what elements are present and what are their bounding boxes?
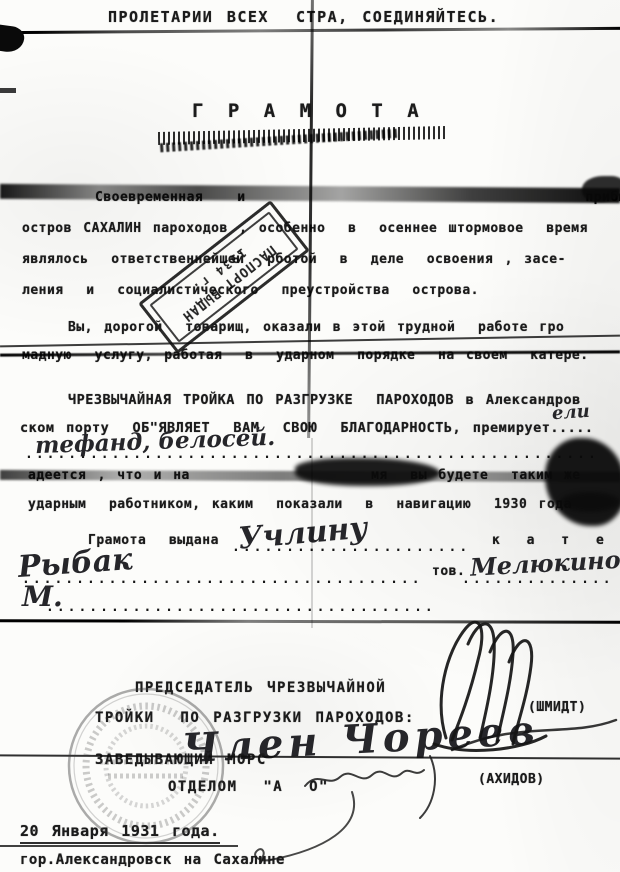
signature-name-akhidov: (АХИДОВ) (478, 772, 545, 788)
signature-title-1: ПРЕДСЕДАТЕЛЬ ЧРЕЗВЫЧАЙНОЙ (135, 680, 386, 697)
signature-title-3: ЗАВЕДЫВАЮЩИЙ МОРС (95, 752, 267, 769)
handwriting-premium-tail: ели (551, 401, 590, 425)
body-line-1: Своевременная и прибыва (95, 190, 620, 206)
dotted-leader-4: .............. (462, 572, 614, 587)
body-line-6: мадную услугу, работая в ударном порядке… (22, 348, 589, 364)
fold-crease-underline (0, 335, 620, 348)
fold-crease-top (0, 27, 620, 34)
dotted-leader-5: .................................... (46, 600, 436, 615)
body-line-2: остров САХАЛИН пароходов , особенно в ос… (22, 221, 588, 237)
document-title: Г Р А М О Т А (192, 100, 424, 123)
fold-crease-3 (0, 619, 620, 623)
body-line-10: ударным работником, каким показали в нав… (28, 497, 572, 513)
pen-tail-stroke (255, 792, 354, 860)
dotted-leader-2: ...................... (232, 540, 470, 555)
dotted-leader-3: ..................................... (22, 572, 423, 587)
scanned-certificate-page: ПРОЛЕТАРИИ ВСЕХ СТРА, СОЕДИНЯЙТЕСЬ. Г Р … (0, 0, 620, 872)
body-line-9: адеется , что и на мя вы будете таким же (28, 468, 581, 484)
vertical-fold-line (307, 0, 313, 438)
footer-place: гор.Александровск на Сахалине (20, 852, 285, 869)
dotted-leader-1: ........................................… (25, 447, 599, 462)
body-line-7: ЧРЕЗВЫЧАЙНАЯ ТРОЙКА ПО РАЗГРУЗКЕ ПАРОХОД… (68, 392, 581, 408)
footer-date: 20 Января 1931 года. (20, 822, 220, 844)
body-line-5: Вы, дорогой товарищ, оказали в этой труд… (68, 320, 564, 336)
ink-wedge-top-left (0, 24, 26, 54)
edge-mark-left (0, 88, 16, 93)
slogan-line: ПРОЛЕТАРИИ ВСЕХ СТРА, СОЕДИНЯЙТЕСЬ. (108, 8, 499, 26)
signature-title-4: ОТДЕЛОМ "А О" (168, 779, 329, 796)
date-underline-extension (0, 845, 238, 847)
tov-label: тов. (432, 564, 465, 580)
